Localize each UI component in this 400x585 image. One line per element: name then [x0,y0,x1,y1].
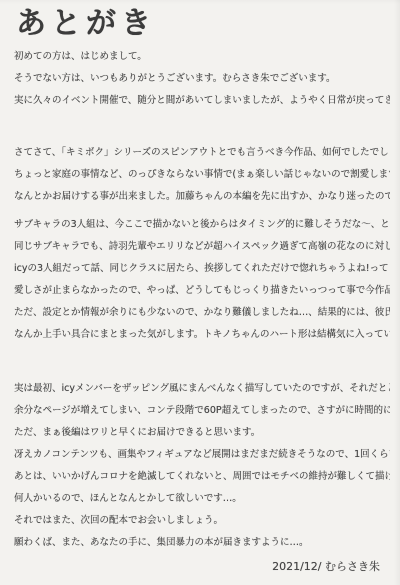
text-line: そうでない方は、いつもありがとうございます。むらさき朱でございます。 [14,68,390,90]
text-line: ちょっと家庭の事情など、のっぴきならない事情で(まぁ楽しい話じゃないので割愛しま… [14,164,390,186]
text-line: ただ、設定とか情報が余りにも少ないので、かなり難儀しましたね…、結果的には、彼氏… [14,302,390,324]
text-line: ただ、まぁ後編はワリと早くにお届けできると思います。 [14,422,390,444]
text-line: さてさて、「キミボク」シリーズのスピンアウトとでも言うべき今作品、如何でしたでし… [14,142,390,164]
text-line: 実に久々のイベント開催で、随分と間があいてしまいましたが、ようやく日常が戻ってき… [14,90,390,112]
text-line: 初めての方は、はじめまして。 [14,46,390,68]
text-line: 実は最初、icyメンバーをザッピング風にまんべんなく描写していたのですが、それだ… [14,378,390,400]
text-line: 願わくば、また、あなたの手に、集団暴力の本が届きますように…。 [14,532,390,554]
text-line: それではまた、次回の配本でお会いしましょう。 [14,510,390,532]
paragraph-body: サブキャラの3人組は、今ここで描かないと後からはタイミング的に難しそうだな〜、と… [14,214,390,346]
text-line: 余分なページが増えてしまい、コンテ段階で60P超えてしまったので、さすがに時間的… [14,400,390,422]
text-line: なんとかお届けする事が出来ました。加藤ちゃんの本編を先に出すか、かなり迷ったので… [14,186,390,208]
afterword-body: 初めての方は、はじめまして。そうでない方は、いつもありがとうございます。むらさき… [14,46,390,554]
text-line: 何人かいるので、ほんとなんとかして欲しいです…。 [14,488,390,510]
paragraph-closing: それではまた、次回の配本でお会いしましょう。願わくば、また、あなたの手に、集団暴… [14,510,390,554]
paragraph-notes: 実は最初、icyメンバーをザッピング風にまんべんなく描写していたのですが、それだ… [14,378,390,510]
afterword-page: あとがき 初めての方は、はじめまして。そうでない方は、いつもありがとうございます… [0,0,400,585]
text-line: 愛しさが止まらなかったので、やっぱ、どうしてもじっくり描きたいっつって事で今作品… [14,280,390,302]
text-line: 同じサブキャラでも、詩羽先輩やエリリなどが超ハイスペック過ぎて高嶺の花なのに対し… [14,236,390,258]
text-line: 冴えカノコンテンツも、画集やフィギュアなど展開はまだまだ続きそうなので、1回くら… [14,444,390,466]
paragraph-intro: さてさて、「キミボク」シリーズのスピンアウトとでも言うべき今作品、如何でしたでし… [14,142,390,208]
signature: 2021/12/ むらさき朱 [14,559,390,575]
text-line: あとは、いいかげんコロナを絶滅してくれないと、周囲ではモチベの維持が難しくて描け… [14,466,390,488]
paragraph-greeting: 初めての方は、はじめまして。そうでない方は、いつもありがとうございます。むらさき… [14,46,390,112]
text-line: なんか上手い具合にまとまった気がします。トキノちゃんのハート形は結構気に入ってい… [14,324,390,346]
page-title: あとがき [16,6,390,42]
text-line: icyの3人組だって話、同じクラスに居たら、挨拶してくれただけで惚れちゃうよね!… [14,258,390,280]
text-line: サブキャラの3人組は、今ここで描かないと後からはタイミング的に難しそうだな〜、と… [14,214,390,236]
